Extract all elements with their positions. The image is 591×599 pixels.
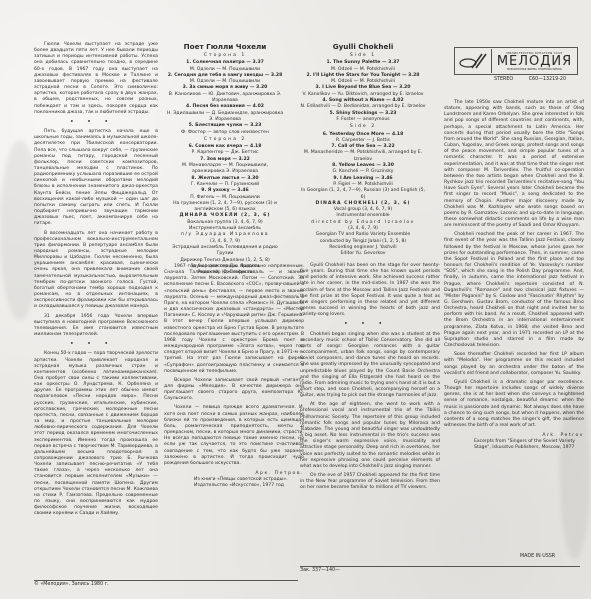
section-divider: •••: [34, 119, 158, 125]
record-sleeve-back: Гюлли Чохели выступает на эстраде уже бо…: [0, 0, 591, 599]
russian-essay-column: 1967 год был для певицы предельно напряж…: [164, 264, 304, 489]
conductor: Дирижер Тенгиз Джалани (1, 2, 5, 8): [166, 258, 284, 264]
catalog-number: С60—13219-20: [529, 77, 566, 82]
track-credit: В. Канолихов — Ю. Диктович, аранжировка …: [166, 92, 284, 105]
ru-intro-paragraph: Гюлли Чохели выступает на эстраде уже бо…: [34, 42, 158, 116]
side-1-label: Side 1: [298, 53, 428, 59]
ru-essay-paragraph: 1967 год был для певицы предельно напряж…: [164, 264, 304, 375]
russian-tracklist: Поет Гюлли Чохели Сторона 1 1. Солнечная…: [166, 42, 284, 276]
orchestra: Georgian TV and Radio Variety Ensemble: [298, 232, 428, 238]
en-essay-paragraph: On the eve of 1957 Chokheli appeared for…: [300, 473, 440, 491]
track-credit: М. Манавеладзе — М. Поцхишвили, аранжиро…: [166, 163, 284, 176]
album-title-en: Gyulli Chokheli: [298, 42, 428, 52]
track-credit: M. Manasheridze — M. Potskhishvili, arra…: [298, 150, 428, 163]
order-number: Зак. 337—140—: [300, 568, 340, 573]
ru-intro-paragraph: 31 декабря 1956 года Чохели впервые выст…: [34, 314, 158, 339]
melodiya-logo: МИНИСТЕРСТВО КУЛЬТУРЫ СССР МЕЛОДИЯ ВСЕСО…: [454, 47, 578, 75]
en-essay-paragraph: The late 1950s saw Chokheli mature into …: [444, 100, 584, 229]
en-essay-paragraph: Chokheli began singing when she was a st…: [300, 332, 440, 400]
russian-intro-column: Гюлли Чохели выступает на эстраде уже бо…: [34, 42, 158, 521]
orchestra: Эстрадный ансамбль Телевидения и радио Г…: [166, 245, 284, 258]
side-1-label: Сторона 1: [166, 53, 284, 59]
source-citation: Из книги «Певцы советской эстрады». Изда…: [164, 477, 304, 489]
ru-intro-paragraph: В восемнадцать лет она начинает работу в…: [34, 231, 158, 311]
track-credit: F. Foster — anonymous: [298, 117, 428, 123]
track-list-side-2: 6. Совсем как вчера — 4.18Р. Карпентер —…: [166, 144, 284, 201]
side-2-label: Side 2: [298, 124, 428, 130]
side-2-label: Сторона 2: [166, 137, 284, 143]
en-essay-paragraph: Chokheli reached the peak of her career …: [444, 232, 584, 349]
track-credit: Н. Эдилашвили — Д. Бедианидзе, аранжиров…: [166, 111, 284, 124]
track-credit: Ф. Фостер — автор слов неизвестен: [166, 130, 284, 136]
language-note: На грузинском (1, 2, 4, 7—9), русском (3…: [166, 201, 284, 214]
track-list-side-1: 1. Солнечная палитра — 3.37М. Одзели — М…: [166, 60, 284, 136]
track-title: 3. I Live Beyond the Blue Sea — 3.20: [298, 85, 428, 91]
track-title: 3. За синью моря я живу — 3.20: [166, 85, 284, 91]
en-essay-paragraph: Gyulli Chokheli has been on the stage fo…: [300, 263, 440, 318]
made-in-label: MADE IN USSR: [520, 554, 555, 559]
editor: Editor Yu. Gevorkov: [298, 251, 428, 257]
ru-intro-paragraph: Конец 50-х годов — пора творческой зрело…: [34, 351, 158, 517]
divider-line: [300, 566, 580, 567]
en-essay-paragraph: At the age of eighteen, she went to work…: [300, 402, 440, 470]
track-credit: N. Edilashvili — D. Bedianidze, arranged…: [298, 104, 428, 110]
english-essay-column-2: The late 1950s saw Chokheli mature into …: [444, 100, 584, 452]
divider-line: [34, 580, 298, 581]
album-title-ru: Поет Гюлли Чохели: [166, 42, 284, 52]
section-divider: •••: [34, 341, 158, 347]
track-list-side-1: 1. The Sunny Palette — 3.37M. Odzeli — M…: [298, 60, 428, 123]
featured-artist: ДИНАРА ЧОХЕЛИ (2, 3, 6): [166, 213, 284, 219]
en-essay-paragraph: Soon thereafter Chokheli recorded her fi…: [444, 352, 584, 377]
section-divider: •••: [300, 321, 440, 327]
ru-intro-paragraph: Петь будущая артистка начала еще в школь…: [34, 129, 158, 228]
ru-essay-paragraph: Вскоре Чохели записывает свой первый «ги…: [164, 378, 304, 403]
format-label: STEREO: [494, 77, 513, 82]
ensemble-director: п/у Эдуарда Израелова: [166, 232, 284, 238]
catalog-info: STEREO С60—13219-20: [494, 77, 580, 82]
ru-essay-paragraph: Чохели — певица прежде всего драматичная…: [164, 405, 304, 467]
track-list-side-2: 6. Yesterday Once More — 4.18R. Carpente…: [298, 132, 428, 189]
language-note: In Georgian (1, 2, 4, 7—9), Russian (3) …: [298, 188, 428, 201]
brand-name: МЕЛОДИЯ: [492, 55, 577, 68]
english-tracklist: Gyulli Chokheli Side 1 1. The Sunny Pale…: [298, 42, 428, 258]
melodiya-emblem-icon: [455, 49, 492, 73]
source-citation: Excerpts from "Singers of the Soviet Var…: [444, 439, 584, 451]
en-essay-paragraph: Gyulli Chokheli is a dramatic singer par…: [444, 380, 584, 429]
copyright-note: © «Мелодия». Запись 1980 г.: [34, 582, 109, 587]
english-essay-column-1: Gyulli Chokheli has been on the stage fo…: [300, 263, 440, 494]
